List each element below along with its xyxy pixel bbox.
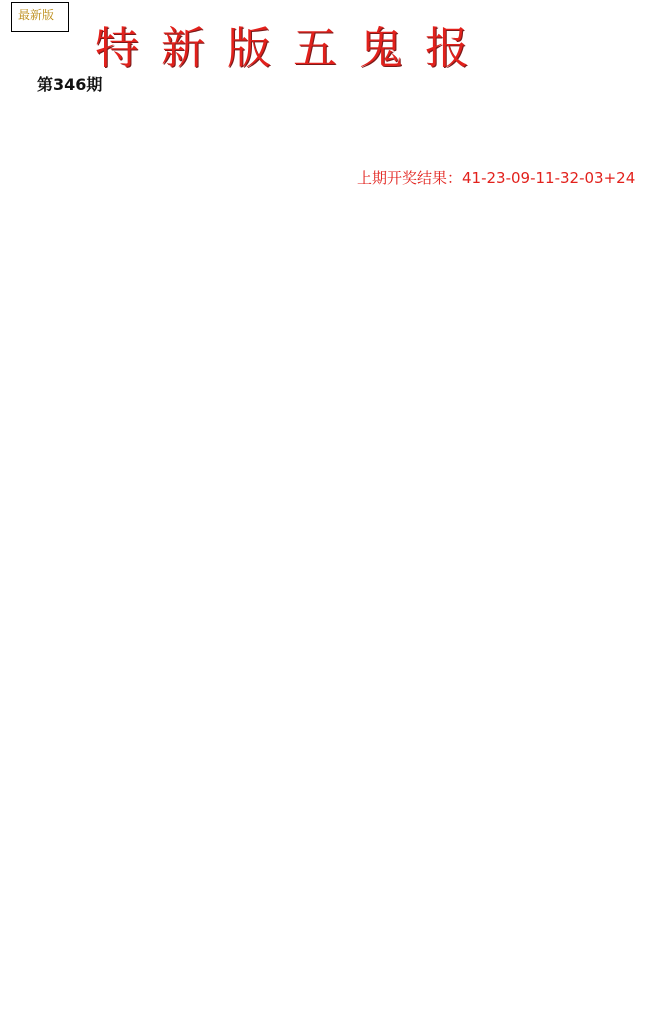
last-draw-result: 上期开奖结果：41-23-09-11-32-03+24: [357, 167, 635, 188]
page-title: 特新版五鬼报: [95, 24, 491, 74]
issue-number: 第346期: [37, 72, 102, 95]
edition-badge: 最新版: [11, 2, 69, 32]
